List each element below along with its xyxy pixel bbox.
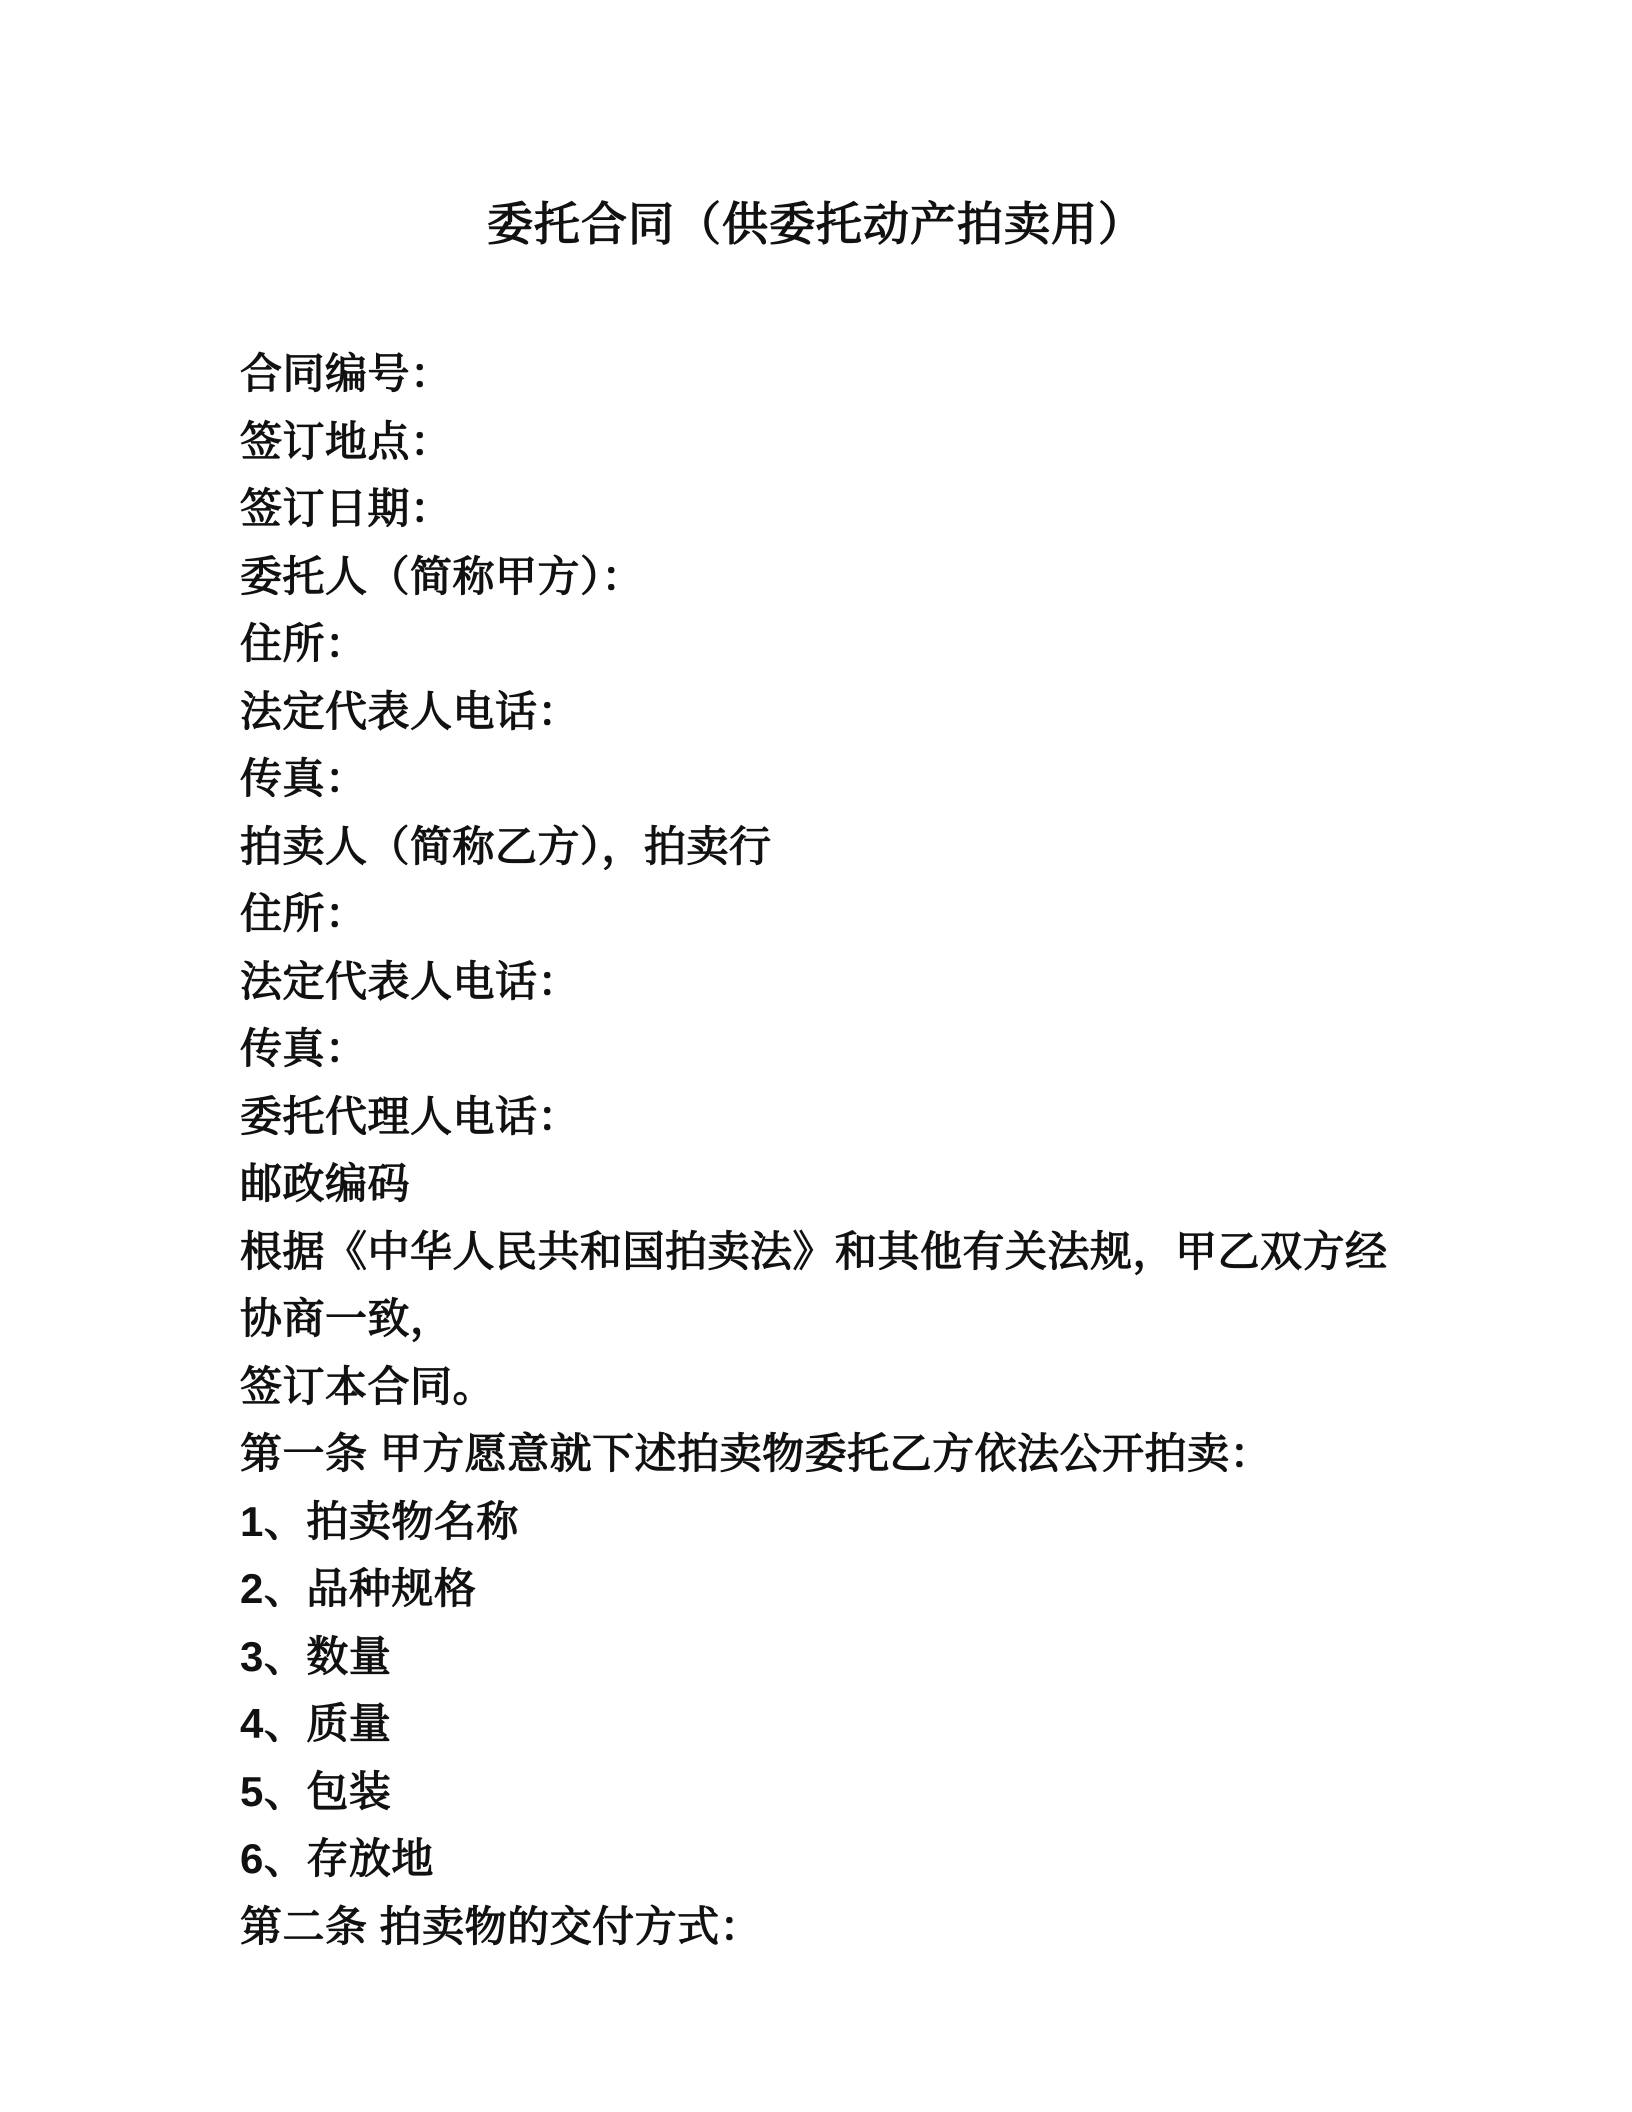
line-fax-a: 传真： xyxy=(240,745,1395,813)
line-principal-party-a: 委托人（简称甲方）： xyxy=(240,543,1395,611)
line-item-5-packaging: 5、包装 xyxy=(240,1758,1395,1826)
line-item-3-quantity: 3、数量 xyxy=(240,1623,1395,1691)
document-body: 合同编号： 签订地点： 签订日期： 委托人（简称甲方）： 住所： 法定代表人电话… xyxy=(240,340,1395,1960)
line-address-a: 住所： xyxy=(240,610,1395,678)
line-article-2: 第二条 拍卖物的交付方式： xyxy=(240,1893,1395,1961)
line-address-b: 住所： xyxy=(240,880,1395,948)
line-article-1: 第一条 甲方愿意就下述拍卖物委托乙方依法公开拍卖： xyxy=(240,1420,1395,1488)
document-page: 委托合同（供委托动产拍卖用） 合同编号： 签订地点： 签订日期： 委托人（简称甲… xyxy=(0,0,1632,2112)
line-item-1-name: 1、拍卖物名称 xyxy=(240,1488,1395,1556)
line-preamble-1: 根据《中华人民共和国拍卖法》和其他有关法规，甲乙双方经协商一致， xyxy=(240,1218,1395,1353)
line-contract-number: 合同编号： xyxy=(240,340,1395,408)
line-item-6-storage-place: 6、存放地 xyxy=(240,1825,1395,1893)
line-signing-date: 签订日期： xyxy=(240,475,1395,543)
line-preamble-2: 签订本合同。 xyxy=(240,1353,1395,1421)
line-auctioneer-party-b: 拍卖人（简称乙方），拍卖行 xyxy=(240,813,1395,881)
line-agent-phone: 委托代理人电话： xyxy=(240,1083,1395,1151)
line-signing-place: 签订地点： xyxy=(240,408,1395,476)
line-fax-b: 传真： xyxy=(240,1015,1395,1083)
document-title: 委托合同（供委托动产拍卖用） xyxy=(0,188,1632,254)
line-item-4-quality: 4、质量 xyxy=(240,1690,1395,1758)
line-postal-code: 邮政编码 xyxy=(240,1150,1395,1218)
line-item-2-spec: 2、品种规格 xyxy=(240,1555,1395,1623)
line-legal-rep-phone-b: 法定代表人电话： xyxy=(240,948,1395,1016)
line-legal-rep-phone-a: 法定代表人电话： xyxy=(240,678,1395,746)
